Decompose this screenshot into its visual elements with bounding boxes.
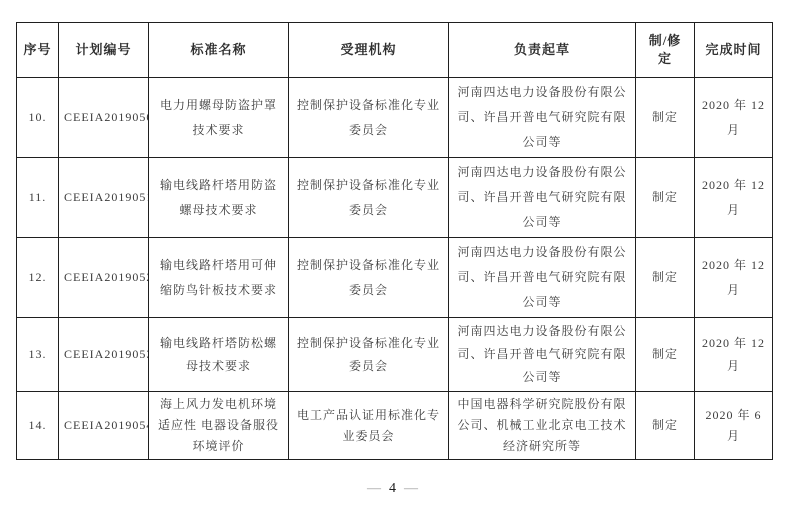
- cell-deadline: 2020 年 12 月: [695, 318, 773, 392]
- table-row: 10. CEEIA2019050 电力用螺母防盗护罩技术要求 控制保护设备标准化…: [17, 78, 773, 158]
- page-number: 4: [383, 481, 404, 496]
- table-row: 13. CEEIA2019053 输电线路杆塔防松螺母技术要求 控制保护设备标准…: [17, 318, 773, 392]
- cell-drafter: 中国电器科学研究院股份有限公司、机械工业北京电工技术经济研究所等: [449, 392, 636, 460]
- cell-agency: 控制保护设备标准化专业委员会: [289, 158, 449, 238]
- table-row: 11. CEEIA2019051 输电线路杆塔用防盗螺母技术要求 控制保护设备标…: [17, 158, 773, 238]
- table-header-row: 序号 计划编号 标准名称 受理机构 负责起草 制/修定 完成时间: [17, 23, 773, 78]
- cell-standard-name: 输电线路杆塔防松螺母技术要求: [149, 318, 289, 392]
- header-cell-plan-id: 计划编号: [59, 23, 149, 78]
- cell-drafter: 河南四达电力设备股份有限公司、许昌开普电气研究院有限公司等: [449, 318, 636, 392]
- cell-drafter: 河南四达电力设备股份有限公司、许昌开普电气研究院有限公司等: [449, 238, 636, 318]
- table-row: 14. CEEIA2019054 海上风力发电机环境适应性 电器设备服役环境评价…: [17, 392, 773, 460]
- cell-plan-id: CEEIA2019050: [59, 78, 149, 158]
- cell-standard-name: 输电线路杆塔用防盗螺母技术要求: [149, 158, 289, 238]
- header-cell-action: 制/修定: [636, 23, 695, 78]
- cell-deadline: 2020 年 6 月: [695, 392, 773, 460]
- cell-action: 制定: [636, 78, 695, 158]
- cell-deadline: 2020 年 12 月: [695, 158, 773, 238]
- cell-standard-name: 输电线路杆塔用可伸缩防鸟针板技术要求: [149, 238, 289, 318]
- cell-action: 制定: [636, 392, 695, 460]
- cell-index: 10.: [17, 78, 59, 158]
- footer-dash-right: —: [404, 481, 420, 496]
- cell-drafter: 河南四达电力设备股份有限公司、许昌开普电气研究院有限公司等: [449, 78, 636, 158]
- header-cell-agency: 受理机构: [289, 23, 449, 78]
- cell-index: 11.: [17, 158, 59, 238]
- cell-deadline: 2020 年 12 月: [695, 78, 773, 158]
- table-row: 12. CEEIA2019052 输电线路杆塔用可伸缩防鸟针板技术要求 控制保护…: [17, 238, 773, 318]
- cell-action: 制定: [636, 318, 695, 392]
- header-cell-drafter: 负责起草: [449, 23, 636, 78]
- header-cell-standard-name: 标准名称: [149, 23, 289, 78]
- cell-agency: 控制保护设备标准化专业委员会: [289, 78, 449, 158]
- cell-index: 12.: [17, 238, 59, 318]
- cell-index: 13.: [17, 318, 59, 392]
- cell-deadline: 2020 年 12 月: [695, 238, 773, 318]
- cell-drafter: 河南四达电力设备股份有限公司、许昌开普电气研究院有限公司等: [449, 158, 636, 238]
- header-cell-index: 序号: [17, 23, 59, 78]
- cell-plan-id: CEEIA2019051: [59, 158, 149, 238]
- cell-plan-id: CEEIA2019053: [59, 318, 149, 392]
- footer-dash-left: —: [367, 481, 383, 496]
- cell-plan-id: CEEIA2019052: [59, 238, 149, 318]
- cell-standard-name: 海上风力发电机环境适应性 电器设备服役环境评价: [149, 392, 289, 460]
- header-cell-deadline: 完成时间: [695, 23, 773, 78]
- cell-agency: 控制保护设备标准化专业委员会: [289, 318, 449, 392]
- cell-index: 14.: [17, 392, 59, 460]
- cell-agency: 控制保护设备标准化专业委员会: [289, 238, 449, 318]
- standards-plan-table: 序号 计划编号 标准名称 受理机构 负责起草 制/修定 完成时间 10. CEE…: [16, 22, 773, 460]
- cell-action: 制定: [636, 158, 695, 238]
- cell-standard-name: 电力用螺母防盗护罩技术要求: [149, 78, 289, 158]
- cell-agency: 电工产品认证用标准化专业委员会: [289, 392, 449, 460]
- document-page: 序号 计划编号 标准名称 受理机构 负责起草 制/修定 完成时间 10. CEE…: [0, 0, 787, 507]
- page-footer: —4—: [0, 481, 787, 497]
- cell-plan-id: CEEIA2019054: [59, 392, 149, 460]
- cell-action: 制定: [636, 238, 695, 318]
